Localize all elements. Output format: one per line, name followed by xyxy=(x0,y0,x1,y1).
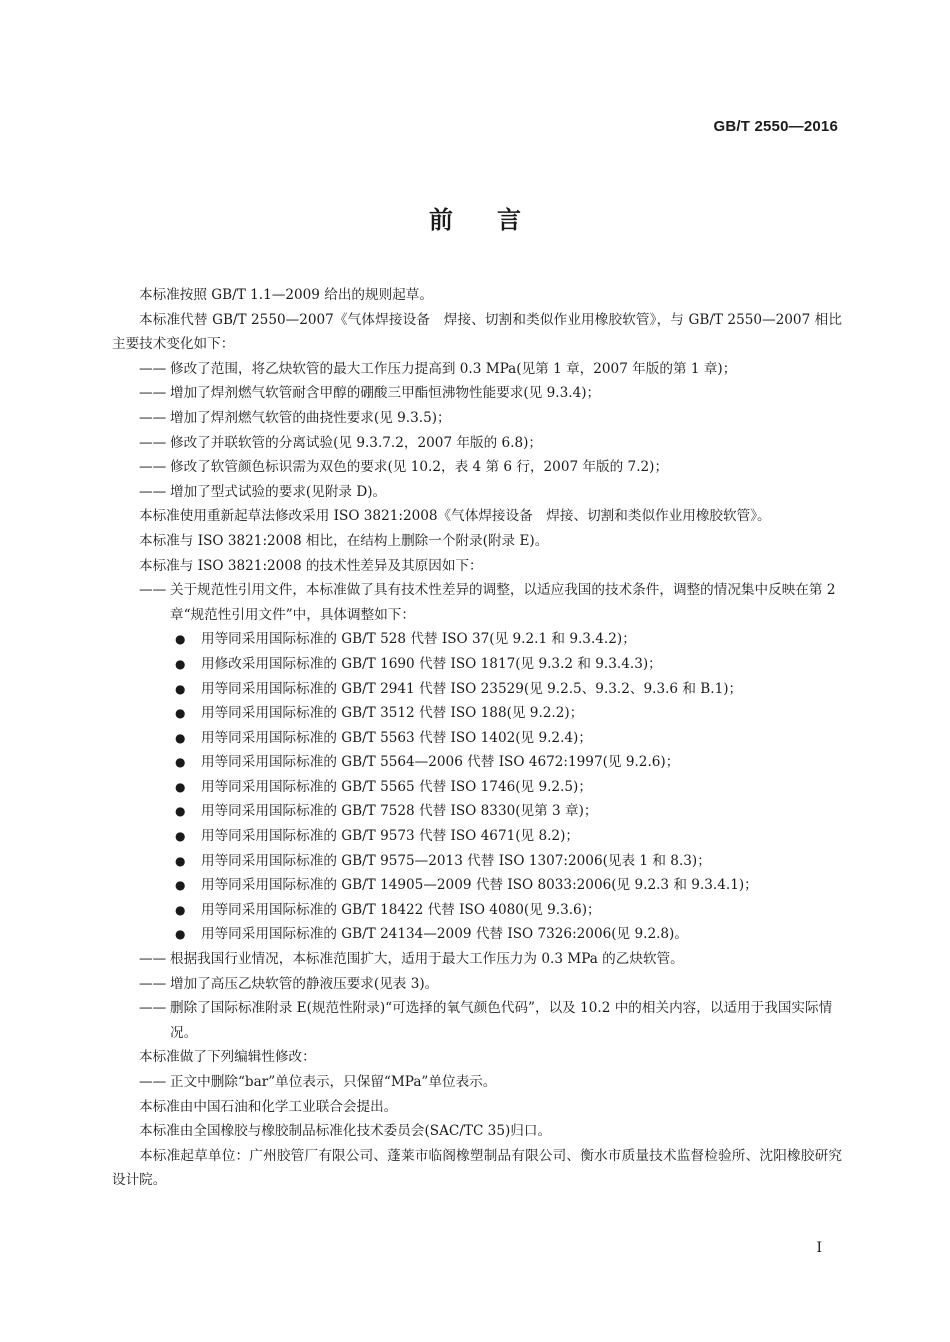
dash-mark: —— xyxy=(139,480,170,505)
bullet-item-text: 用等同采用国际标准的 GB/T 18422 代替 ISO 4080(见 9.3.… xyxy=(201,902,601,918)
bullet-item-text: 用等同采用国际标准的 GB/T 2941 代替 ISO 23529(见 9.2.… xyxy=(201,681,742,697)
bullet-item-text: 用等同采用国际标准的 GB/T 7528 代替 ISO 8330(见第 3 章)… xyxy=(201,803,598,819)
dash-mark: —— xyxy=(139,381,170,406)
bullet-icon: ● xyxy=(175,873,185,898)
dash-mark: —— xyxy=(139,972,170,997)
paragraph-managed-by: 本标准由全国橡胶与橡胶制品标准化技术委员会(SAC/TC 35)归口。 xyxy=(112,1119,842,1144)
bullet-icon: ● xyxy=(175,750,185,775)
bullet-item-text: 用等同采用国际标准的 GB/T 5563 代替 ISO 1402(见 9.2.4… xyxy=(201,730,592,746)
dash-item-text: 修改了范围，将乙炔软管的最大工作压力提高到 0.3 MPa(见第 1 章，200… xyxy=(170,361,736,377)
dash-item-text: 增加了焊剂燃气软管的曲挠性要求(见 9.3.5)； xyxy=(170,410,451,426)
bullet-item: ●用修改采用国际标准的 GB/T 1690 代替 ISO 1817(见 9.3.… xyxy=(112,652,842,677)
dash-item: ——增加了型式试验的要求(见附录 D)。 xyxy=(112,480,842,505)
paragraph-proposed-by: 本标准由中国石油和化学工业联合会提出。 xyxy=(112,1095,842,1120)
dash-item-text: 修改了并联软管的分离试验(见 9.3.7.2，2007 年版的 6.8)； xyxy=(170,435,542,451)
dash-item: ——根据我国行业情况，本标准范围扩大，适用于最大工作压力为 0.3 MPa 的乙… xyxy=(112,947,842,972)
dash-mark: —— xyxy=(139,578,170,603)
dash-item-text: 修改了软管颜色标识需为双色的要求(见 10.2，表 4 第 6 行，2007 年… xyxy=(170,459,668,475)
standard-code: GB/T 2550—2016 xyxy=(713,118,838,135)
bullet-icon: ● xyxy=(175,799,185,824)
dash-item: ——增加了焊剂燃气软管的曲挠性要求(见 9.3.5)； xyxy=(112,406,842,431)
bullet-icon: ● xyxy=(175,627,185,652)
bullet-icon: ● xyxy=(175,652,185,677)
other-differences-list: ——根据我国行业情况，本标准范围扩大，适用于最大工作压力为 0.3 MPa 的乙… xyxy=(112,947,842,1045)
bullet-item-text: 用等同采用国际标准的 GB/T 9575—2013 代替 ISO 1307:20… xyxy=(201,853,711,869)
page-number: I xyxy=(816,1240,822,1256)
bullet-item: ●用等同采用国际标准的 GB/T 9573 代替 ISO 4671(见 8.2)… xyxy=(112,824,842,849)
paragraph-replaces: 本标准代替 GB/T 2550—2007《气体焊接设备 焊接、切割和类似作业用橡… xyxy=(112,308,842,357)
dash-item-text: 增加了焊剂燃气软管耐含甲醇的硼酸三甲酯恒沸物性能要求(见 9.3.4)； xyxy=(170,385,600,401)
bullet-icon: ● xyxy=(175,922,185,947)
dash-item-text: 正文中删除“bar”单位表示，只保留“MPa”单位表示。 xyxy=(170,1074,496,1090)
bullet-item: ●用等同采用国际标准的 GB/T 18422 代替 ISO 4080(见 9.3… xyxy=(112,898,842,923)
paragraph-technical-diff: 本标准与 ISO 3821:2008 的技术性差异及其原因如下： xyxy=(112,554,842,579)
bullet-item-text: 用等同采用国际标准的 GB/T 14905—2009 代替 ISO 8033:2… xyxy=(201,877,758,893)
dash-mark: —— xyxy=(139,357,170,382)
bullet-item: ●用等同采用国际标准的 GB/T 528 代替 ISO 37(见 9.2.1 和… xyxy=(112,627,842,652)
editorial-changes-list: ——正文中删除“bar”单位表示，只保留“MPa”单位表示。 xyxy=(112,1070,842,1095)
dash-mark: —— xyxy=(139,455,170,480)
dash-mark: —— xyxy=(139,947,170,972)
dash-mark: —— xyxy=(139,431,170,456)
dash-item: ——删除了国际标准附录 E(规范性附录)“可选择的氧气颜色代码”，以及 10.2… xyxy=(112,996,842,1045)
bullet-item-text: 用修改采用国际标准的 GB/T 1690 代替 ISO 1817(见 9.3.2… xyxy=(201,656,662,672)
dash-mark: —— xyxy=(139,1070,170,1095)
dash-item: ——修改了软管颜色标识需为双色的要求(见 10.2，表 4 第 6 行，2007… xyxy=(112,455,842,480)
replacement-bullet-list: ●用等同采用国际标准的 GB/T 528 代替 ISO 37(见 9.2.1 和… xyxy=(112,627,842,947)
bullet-icon: ● xyxy=(175,898,185,923)
bullet-icon: ● xyxy=(175,775,185,800)
bullet-icon: ● xyxy=(175,701,185,726)
bullet-item: ●用等同采用国际标准的 GB/T 14905—2009 代替 ISO 8033:… xyxy=(112,873,842,898)
bullet-item-text: 用等同采用国际标准的 GB/T 528 代替 ISO 37(见 9.2.1 和 … xyxy=(201,631,636,647)
bullet-item: ●用等同采用国际标准的 GB/T 9575—2013 代替 ISO 1307:2… xyxy=(112,849,842,874)
bullet-item: ●用等同采用国际标准的 GB/T 5564—2006 代替 ISO 4672:1… xyxy=(112,750,842,775)
bullet-item: ●用等同采用国际标准的 GB/T 2941 代替 ISO 23529(见 9.2… xyxy=(112,677,842,702)
paragraph-drafting-units: 本标准起草单位：广州胶管厂有限公司、蓬莱市临阁橡塑制品有限公司、衡水市质量技术监… xyxy=(112,1144,842,1193)
dash-item-text: 根据我国行业情况，本标准范围扩大，适用于最大工作压力为 0.3 MPa 的乙炔软… xyxy=(170,951,684,967)
bullet-item-text: 用等同采用国际标准的 GB/T 3512 代替 ISO 188(见 9.2.2)… xyxy=(201,705,583,721)
dash-item: ——增加了焊剂燃气软管耐含甲醇的硼酸三甲酯恒沸物性能要求(见 9.3.4)； xyxy=(112,381,842,406)
dash-item-normative-refs: ——关于规范性引用文件，本标准做了具有技术性差异的调整，以适应我国的技术条件，调… xyxy=(112,578,842,627)
dash-mark: —— xyxy=(139,406,170,431)
page-title: 前言 xyxy=(0,200,950,235)
paragraph-structure-diff: 本标准与 ISO 3821:2008 相比，在结构上删除一个附录(附录 E)。 xyxy=(112,529,842,554)
bullet-item-text: 用等同采用国际标准的 GB/T 24134—2009 代替 ISO 7326:2… xyxy=(201,926,688,942)
bullet-icon: ● xyxy=(175,726,185,751)
dash-item-text: 关于规范性引用文件，本标准做了具有技术性差异的调整，以适应我国的技术条件，调整的… xyxy=(170,582,835,623)
technical-changes-list: ——修改了范围，将乙炔软管的最大工作压力提高到 0.3 MPa(见第 1 章，2… xyxy=(112,357,842,505)
dash-mark: —— xyxy=(139,996,170,1021)
bullet-item: ●用等同采用国际标准的 GB/T 5563 代替 ISO 1402(见 9.2.… xyxy=(112,726,842,751)
bullet-item: ●用等同采用国际标准的 GB/T 24134—2009 代替 ISO 7326:… xyxy=(112,922,842,947)
foreword-body: 本标准按照 GB/T 1.1—2009 给出的规则起草。 本标准代替 GB/T … xyxy=(112,283,842,1193)
dash-item-text: 增加了型式试验的要求(见附录 D)。 xyxy=(170,484,386,500)
bullet-icon: ● xyxy=(175,677,185,702)
bullet-item: ●用等同采用国际标准的 GB/T 5565 代替 ISO 1746(见 9.2.… xyxy=(112,775,842,800)
dash-item: ——增加了高压乙炔软管的静液压要求(见表 3)。 xyxy=(112,972,842,997)
paragraph-drafting-rules: 本标准按照 GB/T 1.1—2009 给出的规则起草。 xyxy=(112,283,842,308)
paragraph-adoption: 本标准使用重新起草法修改采用 ISO 3821:2008《气体焊接设备 焊接、切… xyxy=(112,504,842,529)
bullet-item-text: 用等同采用国际标准的 GB/T 5564—2006 代替 ISO 4672:19… xyxy=(201,754,679,770)
dash-item-text: 删除了国际标准附录 E(规范性附录)“可选择的氧气颜色代码”，以及 10.2 中… xyxy=(170,1000,832,1041)
bullet-item: ●用等同采用国际标准的 GB/T 3512 代替 ISO 188(见 9.2.2… xyxy=(112,701,842,726)
bullet-item: ●用等同采用国际标准的 GB/T 7528 代替 ISO 8330(见第 3 章… xyxy=(112,799,842,824)
dash-item-text: 增加了高压乙炔软管的静液压要求(见表 3)。 xyxy=(170,976,438,992)
bullet-icon: ● xyxy=(175,824,185,849)
dash-item: ——修改了并联软管的分离试验(见 9.3.7.2，2007 年版的 6.8)； xyxy=(112,431,842,456)
dash-item: ——正文中删除“bar”单位表示，只保留“MPa”单位表示。 xyxy=(112,1070,842,1095)
bullet-icon: ● xyxy=(175,849,185,874)
paragraph-editorial: 本标准做了下列编辑性修改： xyxy=(112,1045,842,1070)
dash-item: ——修改了范围，将乙炔软管的最大工作压力提高到 0.3 MPa(见第 1 章，2… xyxy=(112,357,842,382)
bullet-item-text: 用等同采用国际标准的 GB/T 5565 代替 ISO 1746(见 9.2.5… xyxy=(201,779,592,795)
bullet-item-text: 用等同采用国际标准的 GB/T 9573 代替 ISO 4671(见 8.2)； xyxy=(201,828,579,844)
